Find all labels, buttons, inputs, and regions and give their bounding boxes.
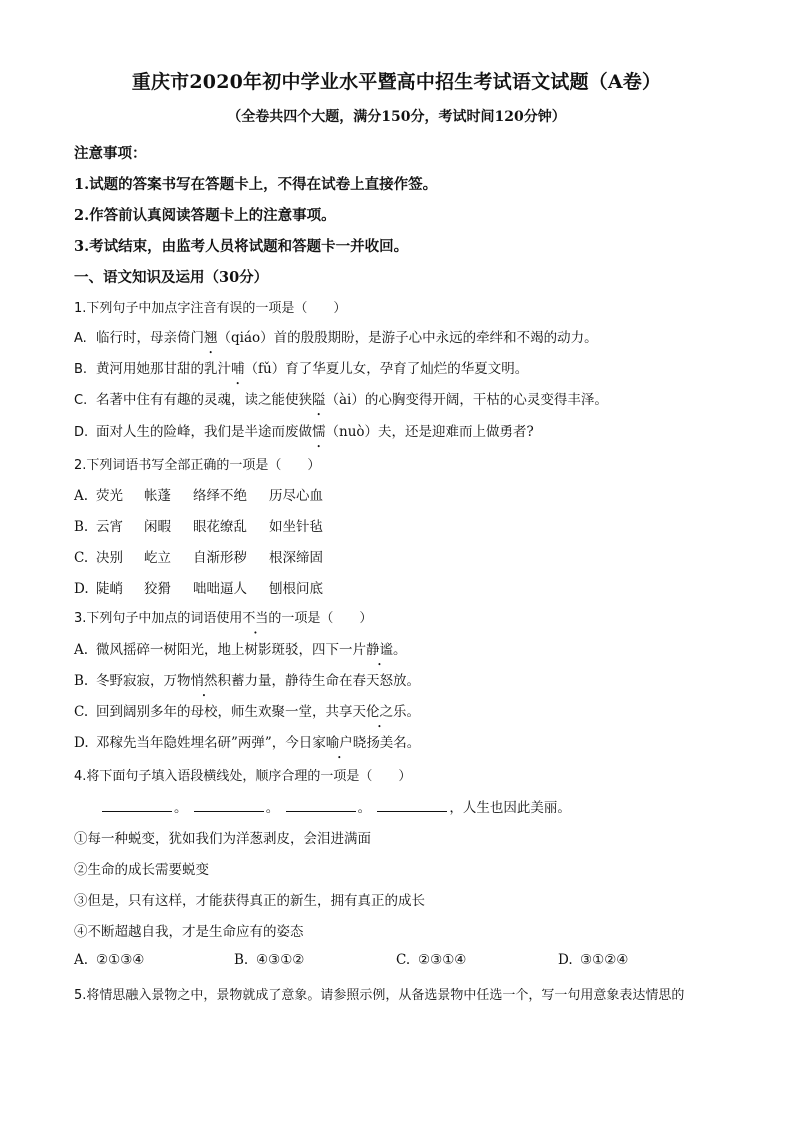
q4-stem: 4.将下面句子填入语段横线处，顺序合理的一项是（ ） [74, 765, 411, 784]
option-text: 。 [407, 704, 421, 720]
q2-option-c: C.决别屹立自渐形秽根深缔固 [74, 546, 323, 566]
word: 决别 [96, 546, 144, 566]
option-label: A. [74, 331, 96, 346]
option-text: 邓稼先当年隐姓埋名研”两弹”，今日 [96, 735, 312, 751]
option-label: D. [74, 425, 96, 440]
option-text: ③①②④ [580, 952, 628, 968]
fill-blank-3[interactable] [286, 797, 356, 812]
option-text: ②①③④ [96, 952, 144, 968]
word: 闲暇 [144, 515, 193, 535]
option-text: 名著中住有有趣的灵魂，读之能使狭 [96, 392, 312, 408]
word: 历尽心血 [269, 484, 323, 504]
q1-option-d: D.面对人生的险峰，我们是半途而废做懦（nuò）夫，还是迎难而上做勇者? [74, 420, 534, 440]
option-text: 积蓄力量，静待生命在春天怒放。 [218, 673, 421, 689]
exam-title: 重庆市2020年初中学业水平暨高中招生考试语文试题（A卷） [0, 67, 793, 94]
q4-options: A.②①③④B.④③①②C.②③①④D.③①②④ [74, 952, 628, 968]
dotted-word: 天伦之乐 [353, 704, 407, 720]
option-label: A. [74, 642, 96, 658]
option-text: ②③①④ [418, 952, 466, 968]
separator: 。 [266, 800, 280, 816]
option-label: D. [74, 581, 96, 597]
q1-stem: 1.下列句子中加点字注音有误的一项是（ ） [74, 297, 346, 316]
dotted-word: 静谧 [366, 642, 393, 658]
dotted-char: 懦 [312, 424, 326, 440]
separator: 。 [358, 800, 372, 816]
word: 眼花缭乱 [193, 515, 269, 535]
option-text: （qiáo）首的殷殷期盼，是游子心中永远的牵绊和不竭的动力。 [218, 330, 598, 346]
section-1-heading: 一、语文知识及运用（30分） [74, 266, 268, 287]
q5-stem: 5.将情思融入景物之中，景物就成了意象。请参照示例，从备选景物中任选一个，写一句… [74, 984, 684, 1003]
q3-option-c: C.回到阔别多年的母校，师生欢聚一堂，共享天伦之乐。 [74, 700, 420, 720]
option-text: （fǔ）育了华夏儿女，孕育了灿烂的华夏文明。 [245, 361, 529, 377]
q2-stem: 2.下列词语书写全部正确的一项是（ ） [74, 454, 320, 473]
word: 如坐针毡 [269, 515, 323, 535]
dotted-char: 隘 [312, 392, 326, 408]
q1-option-b: B.黄河用她那甘甜的乳汁哺（fǔ）育了华夏儿女，孕育了灿烂的华夏文明。 [74, 357, 528, 377]
q2-option-d: D.陡峭狡猾咄咄逼人刨根问底 [74, 577, 323, 597]
option-label: B. [234, 952, 256, 968]
option-text: 。 [393, 642, 407, 658]
q3-stem: 3.下列句子中加点的词语使用不当的一项是（ ） [74, 607, 372, 626]
option-label: A. [74, 952, 96, 968]
option-text: （ài）的心胸变得开阔，干枯的心灵变得丰泽。 [326, 392, 608, 408]
q2-option-a: A.荧光帐蓬络绎不绝历尽心血 [74, 484, 323, 504]
stem-text: 的一项是（ ） [268, 611, 372, 626]
dotted-word: 不当 [242, 611, 268, 626]
fill-blank-1[interactable] [102, 797, 172, 812]
separator: 。 [174, 800, 188, 816]
q4-option-c: C.②③①④ [396, 952, 558, 968]
option-text: ④③①② [256, 952, 304, 968]
q2-option-b: B.云宵闲暇眼花缭乱如坐针毡 [74, 515, 323, 535]
q1-option-c: C.名著中住有有趣的灵魂，读之能使狭隘（ài）的心胸变得开阔，干枯的心灵变得丰泽… [74, 388, 608, 408]
option-text: 面对人生的险峰，我们是半途而废做 [96, 424, 312, 440]
option-text: 临行时，母亲倚门 [96, 330, 204, 346]
note-item-2: 2.作答前认真阅读答题卡上的注意事项。 [74, 204, 336, 225]
option-label: B. [74, 519, 96, 535]
blank-suffix: ，人生也因此美丽。 [449, 800, 571, 816]
word: 帐蓬 [144, 484, 193, 504]
q3-option-b: B.冬野寂寂，万物悄然积蓄力量，静待生命在春天怒放。 [74, 669, 420, 689]
word: 屹立 [144, 546, 193, 566]
exam-subtitle: （全卷共四个大题，满分150分，考试时间120分钟） [0, 106, 793, 126]
q3-option-d: D.邓稼先当年隐姓埋名研”两弹”，今日家喻户晓扬美名。 [74, 731, 420, 751]
stem-text: 3.下列句子中加点的词语使用 [74, 611, 242, 626]
note-item-1: 1.试题的答案书写在答题卡上，不得在试卷上直接作签。 [74, 173, 437, 194]
dotted-char: 哺 [231, 361, 245, 377]
fill-blank-2[interactable] [194, 797, 264, 812]
word: 狡猾 [144, 577, 193, 597]
exam-page: 重庆市2020年初中学业水平暨高中招生考试语文试题（A卷） （全卷共四个大题，满… [0, 0, 793, 1122]
word: 陡峭 [96, 577, 144, 597]
dotted-word: 家喻户晓 [312, 735, 366, 751]
word: 刨根问底 [269, 577, 323, 597]
q4-option-b: B.④③①② [234, 952, 396, 968]
q4-blanks-line: 。 。 。 ，人生也因此美丽。 [100, 796, 571, 816]
word: 根深缔固 [269, 546, 323, 566]
option-label: B. [74, 362, 96, 377]
option-text: 冬野寂寂，万物 [96, 673, 191, 689]
q4-option-a: A.②①③④ [74, 952, 234, 968]
note-item-3: 3.考试结束，由监考人员将试题和答题卡一并收回。 [74, 235, 408, 256]
option-label: C. [74, 550, 96, 566]
q4-sentence-3: ③但是，只有这样，才能获得真正的新生，拥有真正的成长 [74, 889, 425, 909]
option-text: 回到阔别多年的母校，师生欢聚一堂，共享 [96, 704, 353, 720]
word: 咄咄逼人 [193, 577, 269, 597]
q3-option-a: A.微风摇碎一树阳光，地上树影斑驳，四下一片静谧。 [74, 638, 407, 658]
word: 络绎不绝 [193, 484, 269, 504]
word: 荧光 [96, 484, 144, 504]
q4-option-d: D.③①②④ [558, 952, 628, 968]
q1-option-a: A.临行时，母亲倚门翘（qiáo）首的殷殷期盼，是游子心中永远的牵绊和不竭的动力… [74, 326, 598, 346]
dotted-char: 翘 [204, 330, 218, 346]
fill-blank-4[interactable] [377, 797, 447, 812]
option-label: B. [74, 673, 96, 689]
option-label: D. [74, 735, 96, 751]
option-label: A. [74, 488, 96, 504]
option-text: （nuò）夫，还是迎难而上做勇者? [326, 424, 534, 440]
dotted-word: 悄然 [191, 673, 218, 689]
option-text: 微风摇碎一树阳光，地上树影斑驳，四下一片 [96, 642, 366, 658]
q4-sentence-4: ④不断超越自我，才是生命应有的姿态 [74, 920, 304, 940]
option-label: C. [396, 952, 418, 968]
notes-heading: 注意事项： [74, 142, 147, 163]
option-label: D. [558, 952, 580, 968]
option-text: 黄河用她那甘甜的乳汁 [96, 361, 231, 377]
option-label: C. [74, 393, 96, 408]
q4-sentence-1: ①每一种蜕变，犹如我们为洋葱剥皮，会泪进满面 [74, 827, 371, 847]
option-text: 扬美名。 [366, 735, 420, 751]
q4-sentence-2: ②生命的成长需要蜕变 [74, 858, 209, 878]
option-label: C. [74, 704, 96, 720]
word: 自渐形秽 [193, 546, 269, 566]
word: 云宵 [96, 515, 144, 535]
